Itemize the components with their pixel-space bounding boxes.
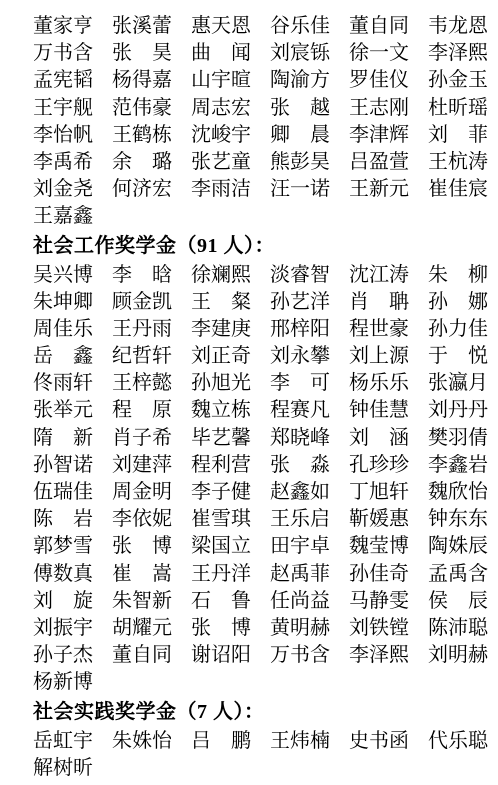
recipient-name: 淡睿智 [270, 262, 330, 289]
recipient-name: 刘 旋 [33, 588, 93, 615]
section-social-practice: 社会实践奖学金（7 人）：岳虹宇朱姝怡吕 鹏王炜楠史书函代乐聪解树昕 [33, 697, 498, 782]
recipient-name: 张举元 [33, 397, 93, 424]
recipient-name: 谢诏阳 [191, 642, 251, 669]
recipient-name: 王丹雨 [112, 316, 172, 343]
name-row: 李禹希余 璐张艺童熊彭昊吕盈萱王杭涛 [33, 149, 498, 176]
recipient-name: 徐斓熙 [191, 262, 251, 289]
recipient-name: 樊羽倩 [428, 425, 488, 452]
recipient-name: 王 粲 [191, 289, 251, 316]
recipient-name: 傅数真 [33, 561, 93, 588]
recipient-name: 崔 嵩 [112, 561, 172, 588]
recipient-name: 孙子杰 [33, 642, 93, 669]
recipient-name: 解树昕 [33, 755, 93, 782]
recipient-name: 钟佳慧 [349, 397, 409, 424]
name-row: 王宇舰范伟豪周志宏张 越王志刚杜昕瑶 [33, 95, 498, 122]
recipient-name: 张 博 [191, 615, 251, 642]
recipient-name: 刘丹丹 [428, 397, 488, 424]
recipient-name: 刘上源 [349, 343, 409, 370]
name-row: 佟雨轩王梓懿孙旭光李 可杨乐乐张瀛月 [33, 370, 498, 397]
recipient-name: 万书含 [270, 642, 330, 669]
recipient-name: 孔珍珍 [349, 452, 409, 479]
recipient-name: 张 昊 [112, 40, 172, 67]
section-social-work: 社会工作奖学金（91 人）：吴兴博李 晗徐斓熙淡睿智沈江涛朱 柳朱坤卿顾金凯王 … [33, 231, 498, 697]
recipient-name: 刘正奇 [191, 343, 251, 370]
recipient-name: 沈峻宇 [191, 122, 251, 149]
recipient-name: 梁国立 [191, 533, 251, 560]
recipient-name: 石 鲁 [191, 588, 251, 615]
recipient-name: 徐一文 [349, 40, 409, 67]
recipient-name: 黄明赫 [270, 615, 330, 642]
recipient-name: 周佳乐 [33, 316, 93, 343]
recipient-name: 王梓懿 [112, 370, 172, 397]
recipient-name: 崔雪琪 [191, 506, 251, 533]
name-row: 岳 鑫纪哲轩刘正奇刘永攀刘上源于 悦 [33, 343, 498, 370]
recipient-name: 郑晓峰 [270, 425, 330, 452]
recipient-name: 孙艺洋 [270, 289, 330, 316]
recipient-name: 李泽熙 [428, 40, 488, 67]
recipient-name: 周志宏 [191, 95, 251, 122]
recipient-name: 代乐聪 [428, 728, 488, 755]
recipient-name: 陶姝辰 [428, 533, 488, 560]
recipient-name: 郭梦雪 [33, 533, 93, 560]
recipient-name: 周金明 [112, 479, 172, 506]
recipient-name: 卿 晨 [270, 122, 330, 149]
recipient-name: 董自同 [112, 642, 172, 669]
recipient-name: 魏欣怡 [428, 479, 488, 506]
recipient-name: 沈江涛 [349, 262, 409, 289]
recipient-name: 赵禹菲 [270, 561, 330, 588]
recipient-name: 李依妮 [112, 506, 172, 533]
recipient-name: 吕盈萱 [349, 149, 409, 176]
recipient-name: 王鹤栋 [112, 122, 172, 149]
recipient-name: 程赛凡 [270, 397, 330, 424]
name-row: 刘金尧何济宏李雨洁汪一诺王新元崔佳宸 [33, 176, 498, 203]
name-row: 傅数真崔 嵩王丹洋赵禹菲孙佳奇孟禹含 [33, 561, 498, 588]
recipient-name: 刘永攀 [270, 343, 330, 370]
recipient-name: 张 淼 [270, 452, 330, 479]
name-row: 郭梦雪张 博梁国立田宇卓魏莹博陶姝辰 [33, 533, 498, 560]
recipient-name: 王新元 [349, 176, 409, 203]
recipient-name: 王嘉鑫 [33, 203, 93, 230]
recipient-name: 刘 涵 [349, 425, 409, 452]
recipient-name: 李雨洁 [191, 176, 251, 203]
recipient-name: 陈沛聪 [428, 615, 488, 642]
name-row: 隋 新肖子希毕艺馨郑晓峰刘 涵樊羽倩 [33, 425, 498, 452]
recipient-name: 孙智诺 [33, 452, 93, 479]
recipient-name: 史书函 [349, 728, 409, 755]
recipient-name: 岳虹宇 [33, 728, 93, 755]
recipient-name: 佟雨轩 [33, 370, 93, 397]
recipient-name: 曲 闻 [191, 40, 251, 67]
recipient-name: 朱 柳 [428, 262, 488, 289]
recipient-name: 李泽熙 [349, 642, 409, 669]
name-row: 李怡帆王鹤栋沈峻宇卿 晨李津辉刘 菲 [33, 122, 498, 149]
recipient-name: 张 博 [112, 533, 172, 560]
recipient-name: 魏立栋 [191, 397, 251, 424]
recipient-name: 王炜楠 [270, 728, 330, 755]
recipient-name: 范伟豪 [112, 95, 172, 122]
recipient-name: 万书含 [33, 40, 93, 67]
recipient-name: 丁旭轩 [349, 479, 409, 506]
name-row: 张举元程 原魏立栋程赛凡钟佳慧刘丹丹 [33, 397, 498, 424]
recipient-name: 靳媛惠 [349, 506, 409, 533]
recipient-name: 李 晗 [112, 262, 172, 289]
recipient-name: 程利营 [191, 452, 251, 479]
recipient-name: 韦龙恩 [428, 13, 488, 40]
recipient-name: 罗佳仪 [349, 67, 409, 94]
name-row: 陈 岩李依妮崔雪琪王乐启靳媛惠钟东东 [33, 506, 498, 533]
recipient-name: 杜昕瑶 [428, 95, 488, 122]
recipient-name: 胡耀元 [112, 615, 172, 642]
recipient-name: 李子健 [191, 479, 251, 506]
recipient-name: 王宇舰 [33, 95, 93, 122]
recipient-name: 钟东东 [428, 506, 488, 533]
recipient-name: 刘 菲 [428, 122, 488, 149]
name-row: 朱坤卿顾金凯王 粲孙艺洋肖 聃孙 娜 [33, 289, 498, 316]
recipient-name: 吴兴博 [33, 262, 93, 289]
recipient-name: 马静雯 [349, 588, 409, 615]
name-row: 吴兴博李 晗徐斓熙淡睿智沈江涛朱 柳 [33, 262, 498, 289]
recipient-name: 吕 鹏 [191, 728, 251, 755]
recipient-name: 田宇卓 [270, 533, 330, 560]
recipient-name: 伍瑞佳 [33, 479, 93, 506]
recipient-name: 李建庚 [191, 316, 251, 343]
recipient-name: 刘建萍 [112, 452, 172, 479]
recipient-name: 王杭涛 [428, 149, 488, 176]
recipient-name: 熊彭昊 [270, 149, 330, 176]
recipient-name: 杨新博 [33, 669, 93, 696]
recipient-name: 李津辉 [349, 122, 409, 149]
recipient-name: 董家亨 [33, 13, 93, 40]
recipient-name: 赵鑫如 [270, 479, 330, 506]
name-row: 孙子杰董自同谢诏阳万书含李泽熙刘明赫 [33, 642, 498, 669]
recipient-name: 朱智新 [112, 588, 172, 615]
recipient-name: 张瀛月 [428, 370, 488, 397]
recipient-name: 毕艺馨 [191, 425, 251, 452]
recipient-name: 孟禹含 [428, 561, 488, 588]
recipient-name: 汪一诺 [270, 176, 330, 203]
recipient-name: 余 璐 [112, 149, 172, 176]
recipient-name: 任尚益 [270, 588, 330, 615]
recipient-name: 刘明赫 [428, 642, 488, 669]
recipient-name: 王志刚 [349, 95, 409, 122]
recipient-name: 程 原 [112, 397, 172, 424]
recipient-name: 陶渝方 [270, 67, 330, 94]
recipient-name: 纪哲轩 [112, 343, 172, 370]
name-row: 孙智诺刘建萍程利营张 淼孔珍珍李鑫岩 [33, 452, 498, 479]
recipient-name: 魏莹博 [349, 533, 409, 560]
recipient-name: 隋 新 [33, 425, 93, 452]
recipient-name: 孙金玉 [428, 67, 488, 94]
recipient-name: 朱姝怡 [112, 728, 172, 755]
recipient-name: 崔佳宸 [428, 176, 488, 203]
name-row: 孟宪韬杨得嘉山宇暄陶渝方罗佳仪孙金玉 [33, 67, 498, 94]
name-row: 周佳乐王丹雨李建庚邢梓阳程世豪孙力佳 [33, 316, 498, 343]
recipient-name: 侯 辰 [428, 588, 488, 615]
recipient-name: 肖 聃 [349, 289, 409, 316]
document-page: 董家亨张溪蕾惠天恩谷乐佳董自同韦龙恩万书含张 昊曲 闻刘宸铄徐一文李泽熙孟宪韬杨… [0, 0, 498, 785]
recipient-name: 孙旭光 [191, 370, 251, 397]
recipient-name: 李禹希 [33, 149, 93, 176]
name-row: 王嘉鑫 [33, 203, 498, 230]
scholarship-name-list: 董家亨张溪蕾惠天恩谷乐佳董自同韦龙恩万书含张 昊曲 闻刘宸铄徐一文李泽熙孟宪韬杨… [0, 0, 498, 782]
recipient-name: 刘金尧 [33, 176, 93, 203]
recipient-name: 顾金凯 [112, 289, 172, 316]
recipient-name: 张艺童 [191, 149, 251, 176]
recipient-name: 孙 娜 [428, 289, 488, 316]
recipient-name: 杨乐乐 [349, 370, 409, 397]
name-row: 岳虹宇朱姝怡吕 鹏王炜楠史书函代乐聪 [33, 728, 498, 755]
section-header-social-work: 社会工作奖学金（91 人）： [33, 231, 498, 262]
recipient-name: 肖子希 [112, 425, 172, 452]
recipient-name: 王乐启 [270, 506, 330, 533]
recipient-name: 李鑫岩 [428, 452, 488, 479]
name-row: 杨新博 [33, 669, 498, 696]
recipient-name: 于 悦 [428, 343, 488, 370]
recipient-name: 谷乐佳 [270, 13, 330, 40]
recipient-name: 董自同 [349, 13, 409, 40]
recipient-name: 刘宸铄 [270, 40, 330, 67]
section-header-social-practice: 社会实践奖学金（7 人）： [33, 697, 498, 728]
name-row: 伍瑞佳周金明李子健赵鑫如丁旭轩魏欣怡 [33, 479, 498, 506]
name-row: 董家亨张溪蕾惠天恩谷乐佳董自同韦龙恩 [33, 13, 498, 40]
recipient-name: 陈 岩 [33, 506, 93, 533]
name-row: 万书含张 昊曲 闻刘宸铄徐一文李泽熙 [33, 40, 498, 67]
recipient-name: 王丹洋 [191, 561, 251, 588]
recipient-name: 程世豪 [349, 316, 409, 343]
recipient-name: 杨得嘉 [112, 67, 172, 94]
name-row: 解树昕 [33, 755, 498, 782]
recipient-name: 孙力佳 [428, 316, 488, 343]
recipient-name: 惠天恩 [191, 13, 251, 40]
recipient-name: 孙佳奇 [349, 561, 409, 588]
name-row: 刘振宇胡耀元张 博黄明赫刘铁镗陈沛聪 [33, 615, 498, 642]
recipient-name: 张 越 [270, 95, 330, 122]
name-row: 刘 旋朱智新石 鲁任尚益马静雯侯 辰 [33, 588, 498, 615]
section-top-list: 董家亨张溪蕾惠天恩谷乐佳董自同韦龙恩万书含张 昊曲 闻刘宸铄徐一文李泽熙孟宪韬杨… [33, 13, 498, 231]
recipient-name: 刘铁镗 [349, 615, 409, 642]
recipient-name: 张溪蕾 [112, 13, 172, 40]
recipient-name: 孟宪韬 [33, 67, 93, 94]
recipient-name: 岳 鑫 [33, 343, 93, 370]
recipient-name: 邢梓阳 [270, 316, 330, 343]
recipient-name: 李怡帆 [33, 122, 93, 149]
recipient-name: 何济宏 [112, 176, 172, 203]
recipient-name: 刘振宇 [33, 615, 93, 642]
recipient-name: 朱坤卿 [33, 289, 93, 316]
recipient-name: 李 可 [270, 370, 330, 397]
recipient-name: 山宇暄 [191, 67, 251, 94]
